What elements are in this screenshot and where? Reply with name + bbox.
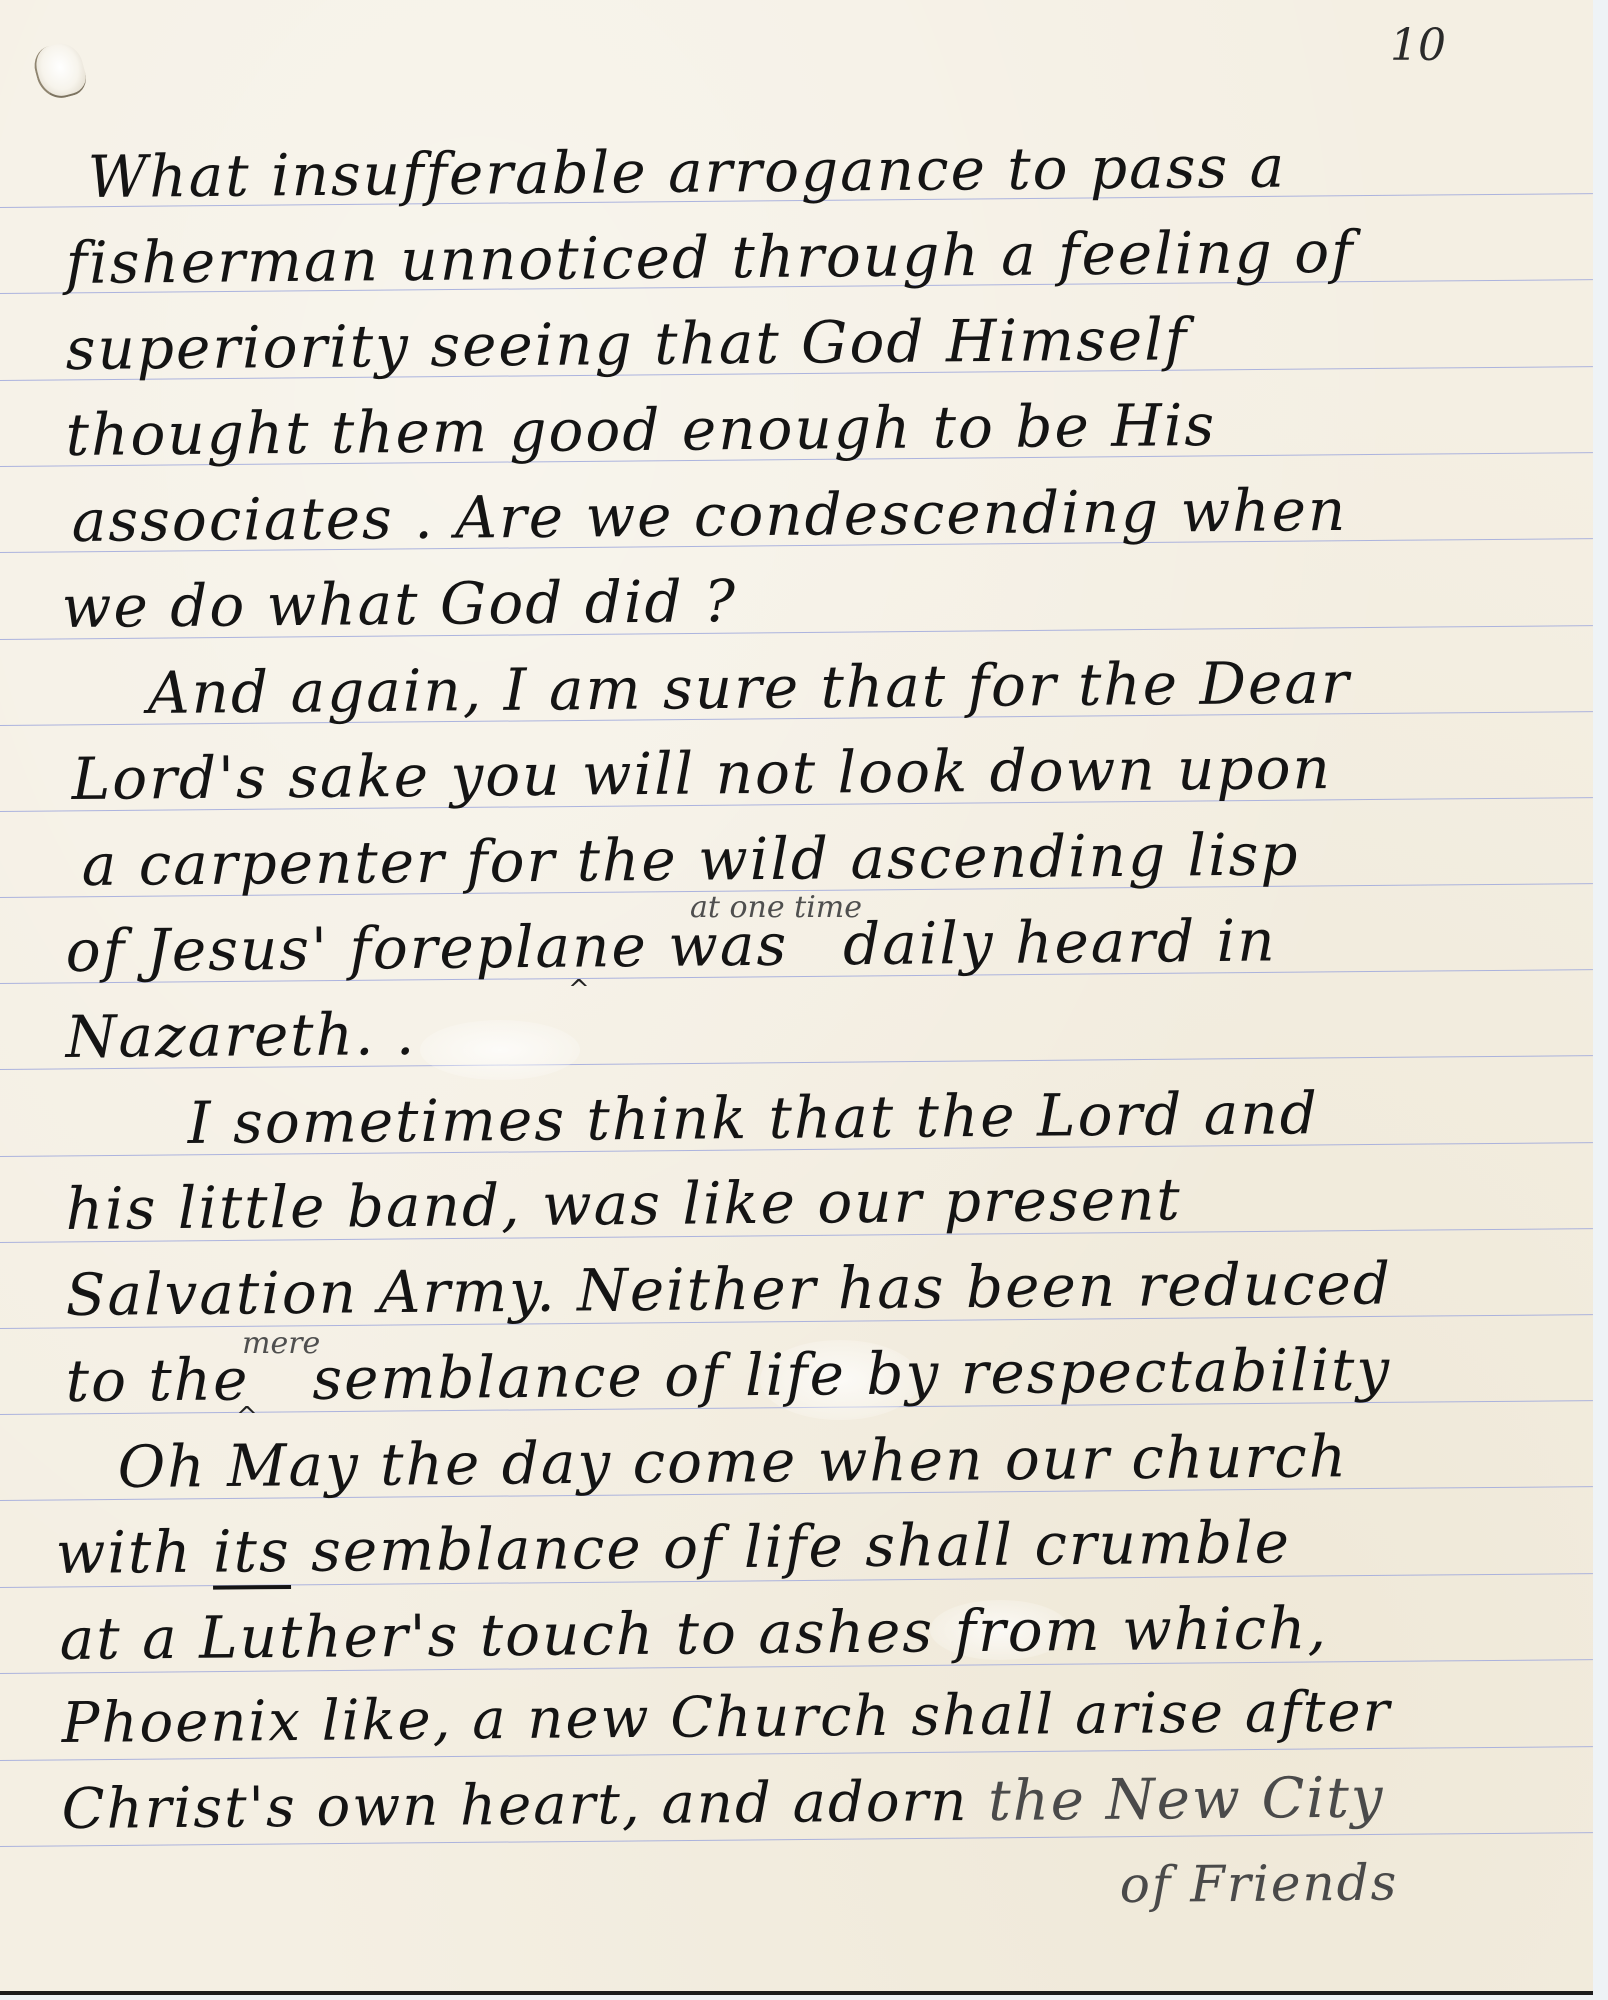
text-line-4: thought them good enough to be His	[65, 396, 1216, 464]
text-line-7: And again, I am sure that for the Dear	[147, 654, 1350, 722]
erasure-smudge	[420, 1020, 580, 1080]
text-line-17-after: semblance of life shall crumble	[311, 1508, 1291, 1585]
text-line-16: Oh May the day come when our church	[117, 1427, 1348, 1496]
text-line-20-pencil: the New City	[988, 1765, 1385, 1833]
text-line-2: fisherman unnoticed through a feeling of	[65, 223, 1354, 292]
text-line-15: to the semblance of life by respectabili…	[65, 1340, 1391, 1410]
text-line-11: Nazareth. .	[65, 1005, 416, 1066]
text-line-19: Phoenix like, a new Church shall arise a…	[62, 1684, 1392, 1752]
text-line-13: his little band, was like our present	[65, 1170, 1181, 1238]
text-line-17: with its semblance of life shall crumble	[55, 1513, 1291, 1582]
text-line-14: Salvation Army. Neither has been reduced	[65, 1254, 1392, 1324]
text-line-9: a carpenter for the wild ascending lisp	[81, 825, 1299, 894]
pin-hole-mark	[30, 39, 90, 104]
text-line-8: Lord's sake you will not look down upon	[71, 739, 1332, 808]
page-number: 10	[1390, 20, 1446, 71]
text-line-10: of Jesus' foreplane was daily heard in	[65, 911, 1276, 980]
underlined-word-its: its	[213, 1517, 291, 1590]
text-line-20-ink: Christ's own heart, and adorn	[61, 1769, 968, 1842]
text-line-12: I sometimes think that the Lord and	[187, 1084, 1319, 1152]
text-line-18: at a Luther's touch to ashes from which,	[59, 1599, 1328, 1668]
text-line-3: superiority seeing that God Himself	[65, 310, 1188, 378]
signature-of-friends: of Friends	[1120, 1858, 1399, 1910]
manuscript-page: 10 What insufferable arrogance to pass a…	[0, 0, 1593, 1995]
insertion-caret: ^	[568, 975, 590, 1005]
text-line-20: Christ's own heart, and adorn the New Ci…	[62, 1770, 1385, 1838]
text-line-15-before: to the	[65, 1345, 249, 1415]
text-line-10-after: daily heard in	[843, 906, 1277, 978]
text-line-1: What insufferable arrogance to pass a	[87, 138, 1286, 206]
text-line-5: associates . Are we condescending when	[71, 481, 1347, 550]
text-line-10-before: of Jesus' foreplane was	[65, 911, 788, 985]
insertion-caret: ^	[236, 1402, 258, 1432]
text-line-6: we do what God did ?	[61, 572, 737, 636]
text-line-17-before: with	[55, 1518, 192, 1587]
text-line-15-after: semblance of life by respectability	[312, 1335, 1391, 1412]
